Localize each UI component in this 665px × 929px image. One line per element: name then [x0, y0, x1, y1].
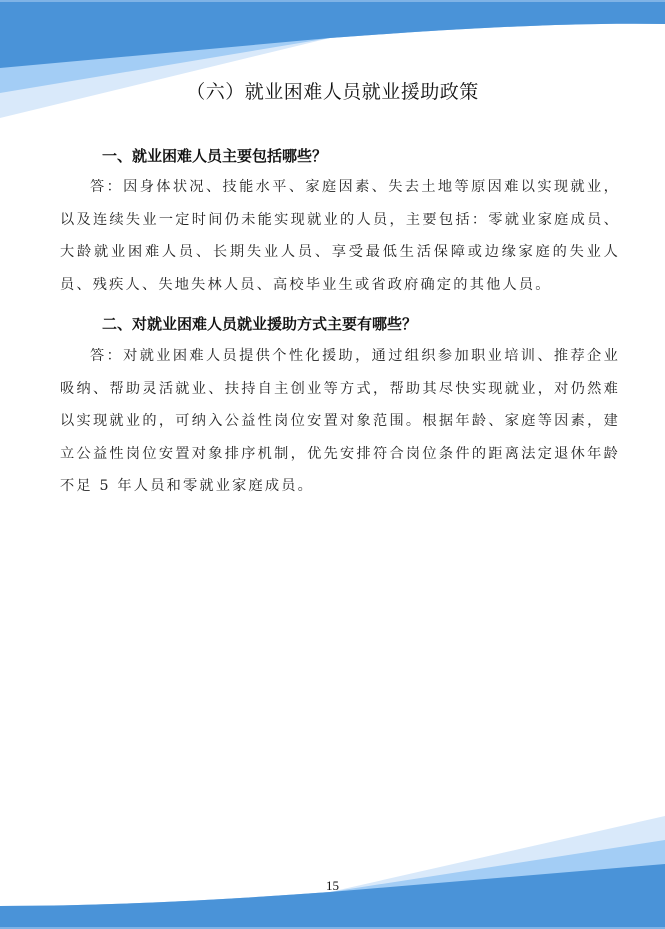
page-title: （六）就业困难人员就业援助政策 — [0, 77, 665, 104]
section-heading-1: 一、就业困难人员主要包括哪些？ — [102, 145, 327, 166]
section-heading-2: 二、对就业困难人员就业援助方式主要有哪些？ — [102, 313, 417, 334]
page-number: 15 — [0, 878, 665, 894]
section-answer-1: 答：因身体状况、技能水平、家庭因素、失去土地等原因难以实现就业，以及连续失业一定… — [60, 171, 620, 301]
footer-wave-decoration — [0, 800, 665, 929]
header-wave-decoration — [0, 0, 665, 130]
section-answer-2: 答：对就业困难人员提供个性化援助，通过组织参加职业培训、推荐企业吸纳、帮助灵活就… — [60, 340, 620, 503]
